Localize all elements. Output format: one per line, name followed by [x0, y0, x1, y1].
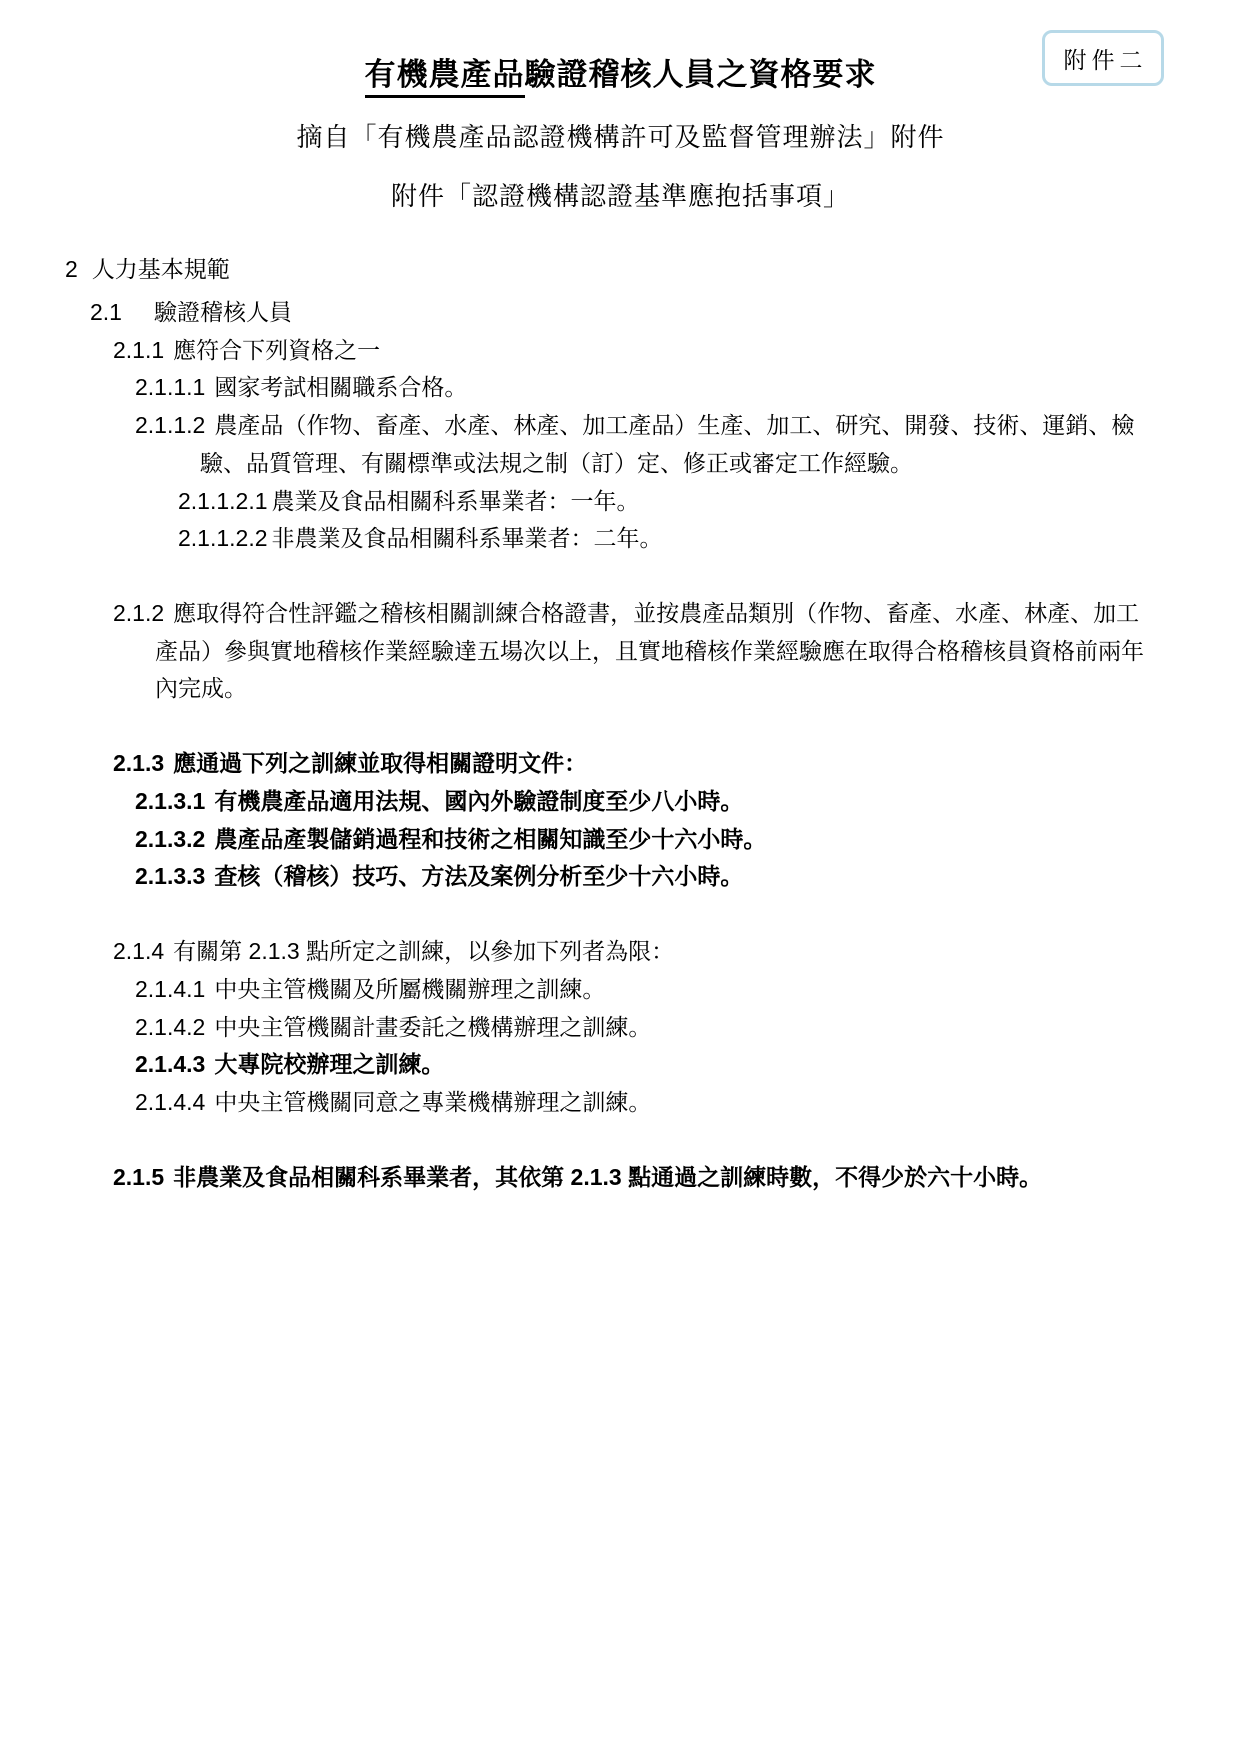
section-text: 有機農產品適用法規、國內外驗證制度至少八小時。 — [214, 788, 743, 814]
section-paragraph: 2.1.4有關第 2.1.3 點所定之訓練，以參加下列者為限： — [0, 933, 1155, 971]
section-number: 2.1.4.2 — [135, 1014, 205, 1040]
section-text: 應符合下列資格之一 — [173, 337, 380, 363]
section-text: 人力基本規範 — [92, 256, 230, 282]
section-text: 農業及食品相關科系畢業者：一年。 — [272, 488, 640, 514]
section-paragraph: 2.1.1.2農產品（作物、畜產、水產、林產、加工產品）生產、加工、研究、開發、… — [0, 407, 1155, 482]
section-text: 中央主管機關同意之專業機構辦理之訓練。 — [214, 1089, 651, 1115]
section-paragraph: 2.1.1.2.2非農業及食品相關科系畢業者：二年。 — [0, 520, 1155, 558]
section-number: 2.1.4.3 — [135, 1051, 205, 1077]
section-text: 農產品（作物、畜產、水產、林產、加工產品）生產、加工、研究、開發、技術、運銷、檢… — [200, 412, 1134, 476]
document-body: 2人力基本規範 2.1驗證稽核人員 2.1.1應符合下列資格之一 2.1.1.1… — [0, 251, 1241, 1196]
section-text: 大專院校辦理之訓練。 — [214, 1051, 444, 1077]
subtitle-annex: 附件「認證機構認證基準應抱括事項」 — [26, 176, 1216, 213]
section-text: 應取得符合性評鑑之稽核相關訓練合格證書，並按農產品類別（作物、畜產、水產、林產、… — [155, 600, 1144, 701]
section-number: 2.1.4.1 — [135, 976, 205, 1002]
section-paragraph: 2.1.1.1國家考試相關職系合格。 — [0, 369, 1155, 407]
section-paragraph: 2.1.4.2中央主管機關計畫委託之機構辦理之訓練。 — [0, 1009, 1155, 1047]
section-text: 農產品產製儲銷過程和技術之相關知識至少十六小時。 — [214, 826, 766, 852]
section-paragraph: 2.1.3應通過下列之訓練並取得相關證明文件： — [0, 745, 1155, 783]
section-number: 2.1.3 — [113, 750, 164, 776]
section-number: 2.1 — [90, 299, 122, 325]
section-number: 2.1.2 — [113, 600, 164, 626]
section-number: 2 — [65, 256, 78, 282]
section-text: 應通過下列之訓練並取得相關證明文件： — [173, 750, 587, 776]
document-page: 附件二 有機農產品驗證稽核人員之資格要求 摘自「有機農產品認證機構許可及監督管理… — [0, 0, 1241, 1755]
section-paragraph: 2.1.2應取得符合性評鑑之稽核相關訓練合格證書，並按農產品類別（作物、畜產、水… — [0, 595, 1155, 708]
section-text: 有關第 2.1.3 點所定之訓練，以參加下列者為限： — [173, 938, 674, 964]
section-number: 2.1.4.4 — [135, 1089, 205, 1115]
section-text: 驗證稽核人員 — [154, 299, 292, 325]
section-paragraph: 2.1.4.3大專院校辦理之訓練。 — [0, 1046, 1155, 1084]
page-title-text: 驗證稽核人員之資格要求 — [525, 57, 877, 92]
section-paragraph: 2.1.3.2農產品產製儲銷過程和技術之相關知識至少十六小時。 — [0, 821, 1155, 859]
section-number: 2.1.5 — [113, 1164, 164, 1190]
page-title-underlined-text: 有機農產品 — [365, 57, 525, 98]
attachment-badge-label: 附件二 — [1064, 42, 1148, 75]
section-paragraph: 2.1.1.2.1農業及食品相關科系畢業者：一年。 — [0, 483, 1155, 521]
section-number: 2.1.1.2 — [135, 412, 205, 438]
section-paragraph: 2.1.3.3查核（稽核）技巧、方法及案例分析至少十六小時。 — [0, 858, 1155, 896]
section-number: 2.1.1.2.1 — [178, 488, 268, 514]
page-title: 有機農產品驗證稽核人員之資格要求 — [26, 55, 1216, 95]
section-paragraph: 2.1.5非農業及食品相關科系畢業者，其依第 2.1.3 點通過之訓練時數，不得… — [0, 1159, 1155, 1197]
section-number: 2.1.1 — [113, 337, 164, 363]
subtitle-source: 摘自「有機農產品認證機構許可及監督管理辦法」附件 — [26, 117, 1216, 154]
section-text: 中央主管機關及所屬機關辦理之訓練。 — [214, 976, 605, 1002]
section-text: 查核（稽核）技巧、方法及案例分析至少十六小時。 — [214, 863, 743, 889]
section-paragraph: 2.1.3.1有機農產品適用法規、國內外驗證制度至少八小時。 — [0, 783, 1155, 821]
section-number: 2.1.3.3 — [135, 863, 205, 889]
document-header: 有機農產品驗證稽核人員之資格要求 摘自「有機農產品認證機構許可及監督管理辦法」附… — [26, 0, 1216, 213]
section-paragraph: 2.1驗證稽核人員 — [0, 294, 1155, 332]
section-paragraph: 2.1.4.1中央主管機關及所屬機關辦理之訓練。 — [0, 971, 1155, 1009]
section-number: 2.1.3.1 — [135, 788, 205, 814]
section-paragraph: 2.1.1應符合下列資格之一 — [0, 332, 1155, 370]
attachment-badge: 附件二 — [1042, 30, 1164, 86]
section-number: 2.1.1.2.2 — [178, 525, 268, 551]
section-text: 中央主管機關計畫委託之機構辦理之訓練。 — [214, 1014, 651, 1040]
section-text: 非農業及食品相關科系畢業者，其依第 2.1.3 點通過之訓練時數，不得少於六十小… — [173, 1164, 1042, 1190]
section-text: 國家考試相關職系合格。 — [214, 374, 467, 400]
section-number: 2.1.1.1 — [135, 374, 205, 400]
section-text: 非農業及食品相關科系畢業者：二年。 — [272, 525, 663, 551]
section-number: 2.1.3.2 — [135, 826, 205, 852]
section-paragraph: 2.1.4.4中央主管機關同意之專業機構辦理之訓練。 — [0, 1084, 1155, 1122]
section-paragraph: 2人力基本規範 — [0, 251, 1155, 289]
section-number: 2.1.4 — [113, 938, 164, 964]
